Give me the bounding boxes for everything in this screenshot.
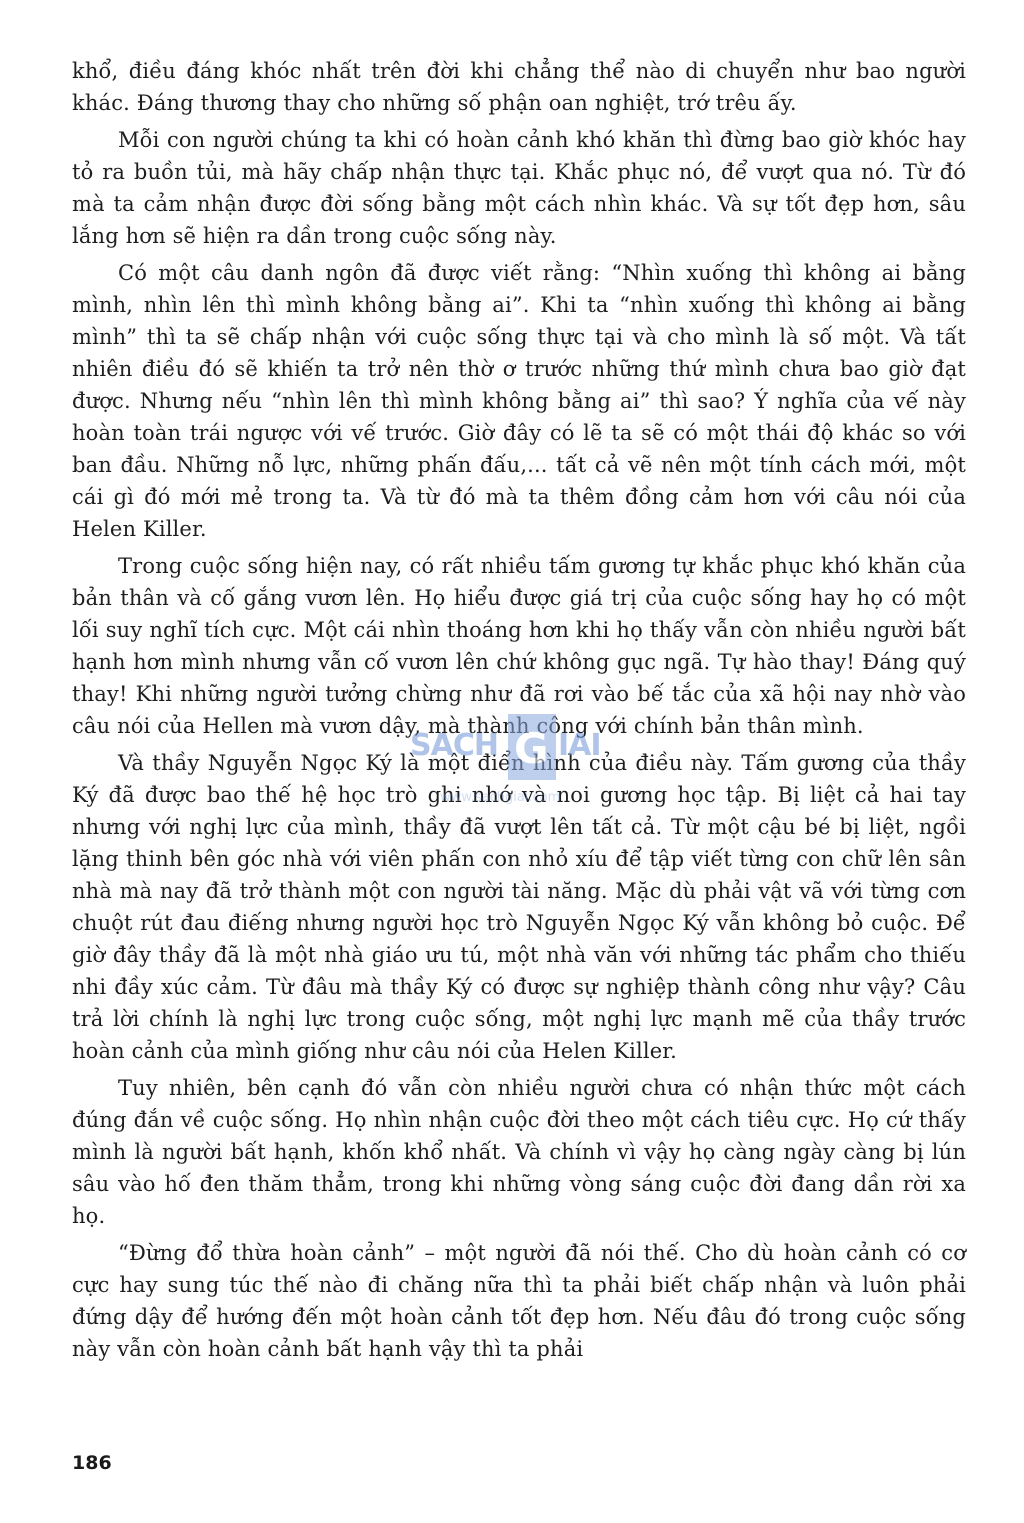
paragraph-5: Và thầy Nguyễn Ngọc Ký là một điển hình … bbox=[72, 747, 966, 1067]
paragraph-6: Tuy nhiên, bên cạnh đó vẫn còn nhiều ngư… bbox=[72, 1072, 966, 1232]
paragraph-1: khổ, điều đáng khóc nhất trên đời khi ch… bbox=[72, 55, 966, 119]
paragraph-4: Trong cuộc sống hiện nay, có rất nhiều t… bbox=[72, 550, 966, 742]
paragraph-2: Mỗi con người chúng ta khi có hoàn cảnh … bbox=[72, 124, 966, 252]
page-number: 186 bbox=[72, 1452, 112, 1474]
document-body: khổ, điều đáng khóc nhất trên đời khi ch… bbox=[72, 55, 966, 1370]
paragraph-7: “Đừng đổ thừa hoàn cảnh” – một người đã … bbox=[72, 1237, 966, 1365]
paragraph-3: Có một câu danh ngôn đã được viết rằng: … bbox=[72, 257, 966, 545]
